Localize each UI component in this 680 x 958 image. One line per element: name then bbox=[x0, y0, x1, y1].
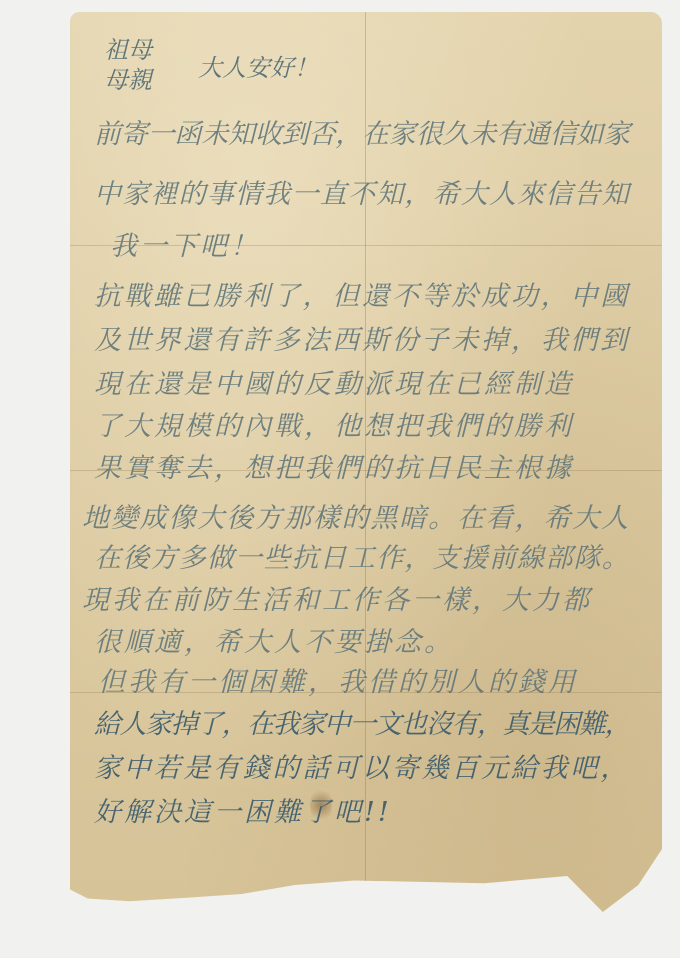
letter-line: 了大規模的內戰，他想把我們的勝利 bbox=[94, 404, 574, 443]
letter-line: 但我有一個困難，我借的別人的錢用 bbox=[98, 660, 578, 699]
letter-line: 中家裡的事情我一直不知，希大人來信告知 bbox=[94, 172, 630, 211]
letter-line: 我一下吧！ bbox=[110, 224, 260, 263]
letter-line: 地變成像大後方那樣的黑暗。在看，希大人 bbox=[82, 496, 630, 535]
letter-line: 家中若是有錢的話可以寄幾百元給我吧， bbox=[94, 746, 630, 785]
addressee-mother: 母親 bbox=[104, 60, 152, 95]
letter-line: 很順適，希大人不要掛念。 bbox=[94, 620, 454, 659]
letter-line: 給人家掉了，在我家中一文也沒有，真是困難， bbox=[94, 702, 630, 741]
letter-line: 及世界還有許多法西斯份子未掉，我們到 bbox=[94, 318, 630, 357]
letter-line: 抗戰雖已勝利了，但還不等於成功，中國 bbox=[94, 274, 630, 313]
letter-line: 果實奪去，想把我們的抗日民主根據 bbox=[94, 446, 574, 485]
letter-line: 前寄一函未知收到否，在家很久未有通信如家 bbox=[94, 112, 630, 151]
letter-line: 在後方多做一些抗日工作，支援前線部隊。 bbox=[94, 536, 630, 575]
letter-paper: 祖母 母親 大人安好！ 前寄一函未知收到否，在家很久未有通信如家 中家裡的事情我… bbox=[70, 12, 662, 912]
greeting: 大人安好！ bbox=[198, 48, 318, 83]
letter-line: 好解決這一困難了吧!! bbox=[94, 790, 392, 829]
letter-line: 現在還是中國的反動派現在已經制造 bbox=[94, 362, 574, 401]
letter-line: 現我在前防生活和工作各一樣，大力都 bbox=[82, 578, 592, 617]
